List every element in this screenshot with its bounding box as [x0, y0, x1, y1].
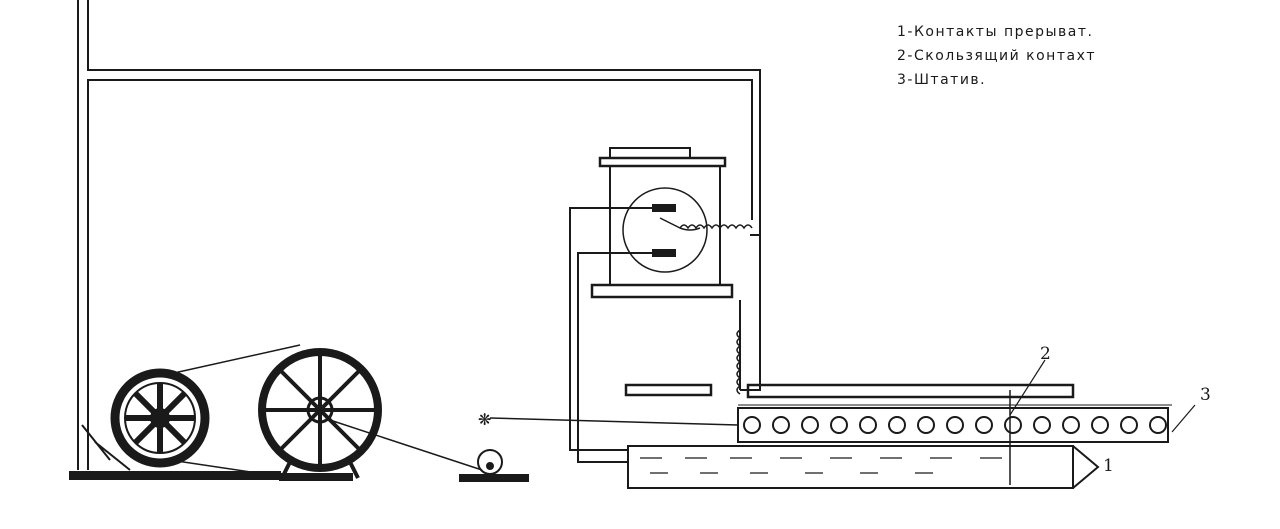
stand-hole: [1005, 417, 1021, 433]
stand-hole: [1034, 417, 1050, 433]
base: [70, 472, 280, 479]
callout-sliding-contact: 2: [1040, 344, 1051, 364]
contacts-rail: [628, 446, 1098, 488]
flywheel: [262, 352, 378, 478]
threaded-rod: [748, 385, 1073, 397]
small-wheel: [82, 373, 205, 470]
callout-stand: 3: [1200, 385, 1211, 405]
svg-text:❋: ❋: [478, 410, 491, 429]
legend-item-stand: 3-Штатив.: [897, 68, 1096, 92]
callout-contacts: 1: [1103, 456, 1114, 476]
wire-right: [740, 235, 760, 390]
stand-hole: [860, 417, 876, 433]
stand-hole: [947, 417, 963, 433]
threaded-rod-small: [626, 385, 711, 395]
interrupter-housing: [592, 148, 752, 297]
stand-hole: [918, 417, 934, 433]
stand-hole: [773, 417, 789, 433]
stand-hole: [831, 417, 847, 433]
stand-hole: [889, 417, 905, 433]
stand-hole: [976, 417, 992, 433]
legend-item-contacts: 1-Контакты прерыват.: [897, 20, 1096, 44]
stand-hole: [1121, 417, 1137, 433]
stand-hole: [1092, 417, 1108, 433]
wire-inner: [88, 80, 752, 470]
stand-hole: [744, 417, 760, 433]
stand-hole: [1063, 417, 1079, 433]
wire-left-1: [570, 208, 653, 450]
stand-hole: [1150, 417, 1166, 433]
legend: 1-Контакты прерыват. 2-Скользящий контах…: [897, 20, 1096, 92]
legend-item-sliding-contact: 2-Скользящий контахт: [897, 44, 1096, 68]
stand-hole: [802, 417, 818, 433]
